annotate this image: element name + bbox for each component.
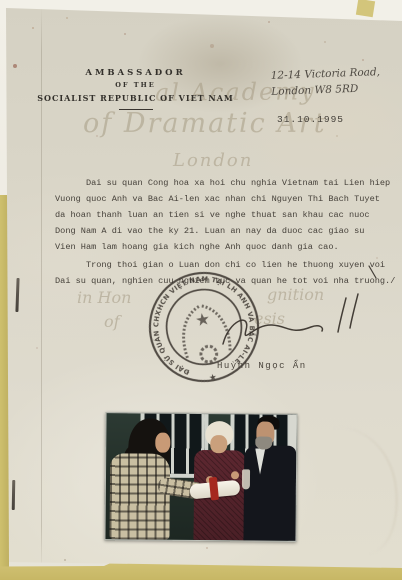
handwritten-tick	[369, 266, 376, 278]
photo-wine-glass	[242, 469, 250, 489]
watermark-fragment-3: of	[104, 312, 120, 331]
photographed-letter-scene: al Academy of Dramatic Art London AMBASS…	[0, 0, 402, 580]
photo-middle-woman-face	[210, 435, 227, 453]
stamp-bottom-star-icon: ★	[208, 373, 218, 384]
photo-middle-woman-hand-right	[231, 471, 239, 479]
embassy-round-stamp: ★ ★ ĐẠI SỨ QUÁN CHXHCN VIỆT NAM TẠI LH A…	[136, 259, 273, 396]
folder-corner-peek	[356, 0, 375, 17]
signature-stroke-1	[338, 298, 346, 332]
letterhead-of-the: OF THE	[33, 81, 238, 89]
body-paragraph-1: Dai su quan Cong hoa xa hoi chu nghia Vi…	[55, 175, 390, 255]
letter-date: 31.10.1995	[277, 114, 344, 125]
staple-top	[15, 278, 19, 312]
embassy-letterhead: AMBASSADOR OF THE SOCIALIST REPUBLIC OF …	[33, 68, 238, 110]
photo-left-woman-plaid-coat	[109, 453, 170, 540]
watermark-line-3: London	[173, 150, 253, 171]
watermark-fragment-1: in Hon	[77, 288, 131, 307]
address-line-2: London W8 5RD	[271, 80, 381, 100]
staple-bottom	[12, 480, 16, 510]
photo-left-woman-face	[155, 433, 170, 453]
letterhead-title: AMBASSADOR	[33, 68, 238, 78]
stamp-center-star-icon: ★	[194, 308, 212, 330]
photo-right-man-suit	[243, 445, 296, 540]
paper-wrinkle	[296, 420, 402, 562]
signature-stroke-2	[350, 294, 358, 328]
attached-photograph	[104, 412, 297, 542]
embassy-address: 12-14 Victoria Road, London W8 5RD	[270, 64, 380, 100]
foxing-stains	[5, 6, 9, 10]
letterhead-rule	[119, 109, 153, 110]
letterhead-country: SOCIALIST REPUBLIC OF VIET NAM	[33, 93, 238, 103]
letter-paper: al Academy of Dramatic Art London AMBASS…	[5, 6, 402, 572]
photo-right-man-beard	[255, 436, 272, 449]
